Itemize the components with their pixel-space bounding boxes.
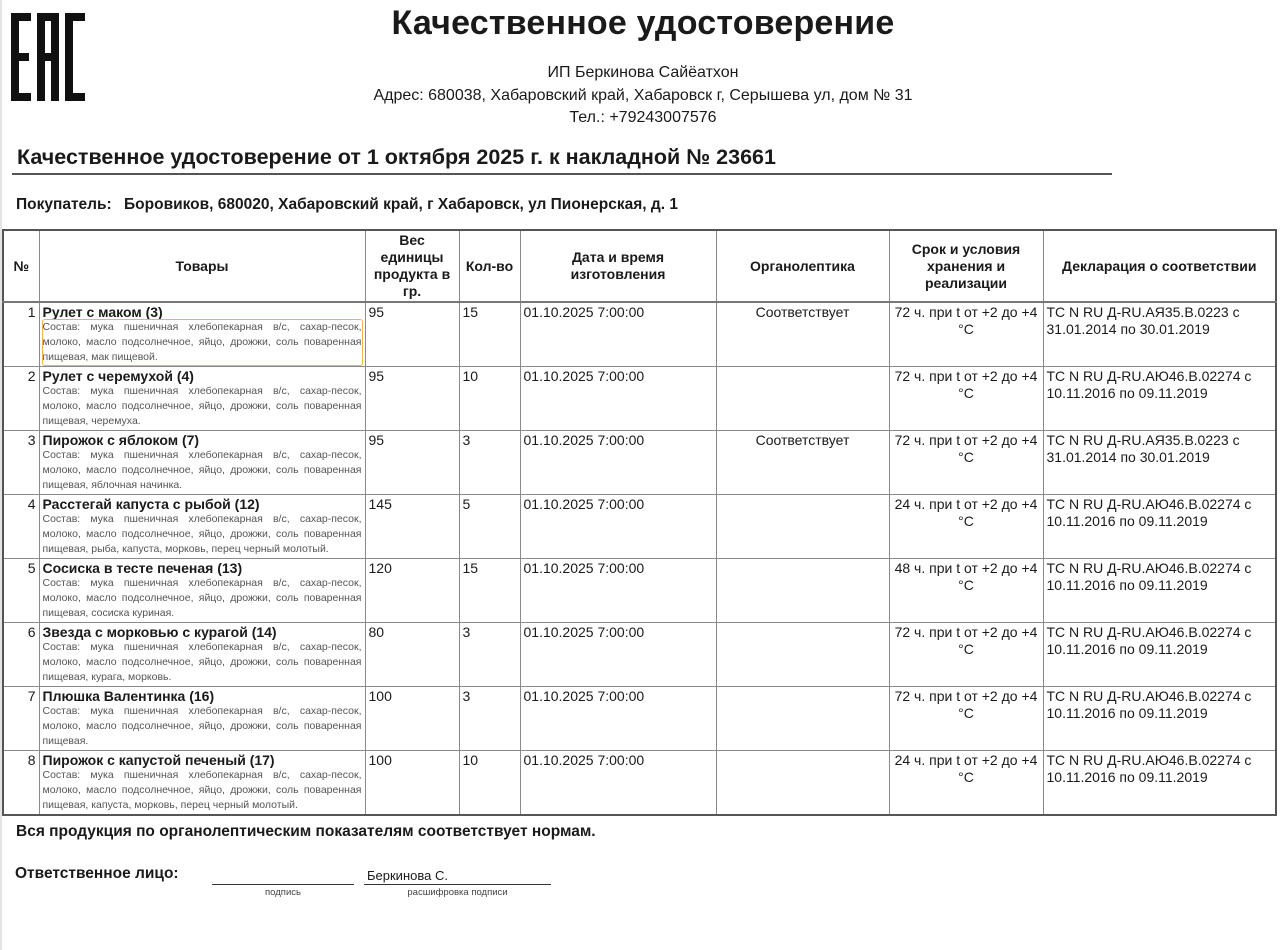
row-number: 6 (3, 623, 39, 687)
table-header-row: № Товары Вес единицы продукта в гр. Кол-… (3, 230, 1276, 302)
product-composition[interactable]: Состав: мука пшеничная хлебопекарная в/с… (43, 448, 362, 493)
qty-cell: 5 (459, 495, 520, 559)
storage-cell: 72 ч. при t от +2 до +4 °C (889, 367, 1043, 431)
qty-cell: 10 (459, 751, 520, 816)
storage-cell: 72 ч. при t от +2 до +4 °C (889, 431, 1043, 495)
declaration-cell: ТС N RU Д-RU.АЯ35.В.0223 с 31.01.2014 по… (1043, 431, 1276, 495)
issuer-phone: Тел.: +79243007576 (6, 107, 1280, 130)
weight-cell: 145 (365, 495, 459, 559)
page-title: Качественное удостоверение (0, 4, 1280, 43)
datetime-cell: 01.10.2025 7:00:00 (520, 687, 716, 751)
storage-cell: 72 ч. при t от +2 до +4 °C (889, 687, 1043, 751)
organoleptic-cell (716, 495, 889, 559)
product-name: Плюшка Валентинка (16) (43, 688, 362, 704)
product-name: Рулет с черемухой (4) (43, 368, 362, 384)
table-row[interactable]: 2 Рулет с черемухой (4) Состав: мука пше… (3, 367, 1276, 431)
storage-cell: 48 ч. при t от +2 до +4 °C (889, 559, 1043, 623)
issuer-block: ИП Беркинова Сайёатхон Адрес: 680038, Ха… (0, 62, 1280, 130)
buyer-label: Покупатель: (16, 196, 112, 213)
datetime-cell: 01.10.2025 7:00:00 (520, 302, 716, 367)
organoleptic-cell: Соответствует (716, 431, 889, 495)
goods-cell: Звезда с морковью с курагой (14) Состав:… (39, 623, 365, 687)
signature-decoding-line (364, 884, 551, 885)
qty-cell: 15 (459, 559, 520, 623)
qty-cell: 3 (459, 623, 520, 687)
decoding-caption: расшифровка подписи (364, 887, 551, 898)
row-number: 5 (3, 559, 39, 623)
weight-cell: 95 (365, 302, 459, 367)
datetime-cell: 01.10.2025 7:00:00 (520, 495, 716, 559)
product-composition[interactable]: Состав: мука пшеничная хлебопекарная в/с… (43, 640, 362, 685)
datetime-cell: 01.10.2025 7:00:00 (520, 751, 716, 816)
product-composition[interactable]: Состав: мука пшеничная хлебопекарная в/с… (43, 320, 362, 365)
product-composition[interactable]: Состав: мука пшеничная хлебопекарная в/с… (43, 704, 362, 749)
organoleptic-cell (716, 751, 889, 816)
weight-cell: 95 (365, 367, 459, 431)
col-header-declaration: Декларация о соответствии (1043, 230, 1276, 302)
goods-cell: Пирожок с яблоком (7) Состав: мука пшени… (39, 431, 365, 495)
table-row[interactable]: 6 Звезда с морковью с курагой (14) Соста… (3, 623, 1276, 687)
declaration-cell: ТС N RU Д-RU.АЮ46.В.02274 с 10.11.2016 п… (1043, 559, 1276, 623)
table-row[interactable]: 5 Сосиска в тесте печеная (13) Состав: м… (3, 559, 1276, 623)
organoleptic-cell (716, 687, 889, 751)
organoleptic-cell: Соответствует (716, 302, 889, 367)
goods-cell: Плюшка Валентинка (16) Состав: мука пшен… (39, 687, 365, 751)
document-title: Качественное удостоверение от 1 октября … (17, 145, 776, 170)
declaration-cell: ТС N RU Д-RU.АЮ46.В.02274 с 10.11.2016 п… (1043, 495, 1276, 559)
product-composition[interactable]: Состав: мука пшеничная хлебопекарная в/с… (43, 768, 362, 813)
weight-cell: 120 (365, 559, 459, 623)
table-row[interactable]: 8 Пирожок с капустой печеный (17) Состав… (3, 751, 1276, 816)
datetime-cell: 01.10.2025 7:00:00 (520, 367, 716, 431)
goods-cell: Сосиска в тесте печеная (13) Состав: мук… (39, 559, 365, 623)
declaration-cell: ТС N RU Д-RU.АЯ35.В.0223 с 31.01.2014 по… (1043, 302, 1276, 367)
title-divider (12, 173, 1112, 175)
declaration-cell: ТС N RU Д-RU.АЮ46.В.02274 с 10.11.2016 п… (1043, 751, 1276, 816)
goods-cell: Рулет с черемухой (4) Состав: мука пшени… (39, 367, 365, 431)
storage-cell: 24 ч. при t от +2 до +4 °C (889, 495, 1043, 559)
row-number: 7 (3, 687, 39, 751)
declaration-cell: ТС N RU Д-RU.АЮ46.В.02274 с 10.11.2016 п… (1043, 687, 1276, 751)
product-name: Расстегай капуста с рыбой (12) (43, 496, 362, 512)
weight-cell: 100 (365, 751, 459, 816)
product-name: Звезда с морковью с курагой (14) (43, 624, 362, 640)
product-name: Пирожок с яблоком (7) (43, 432, 362, 448)
goods-cell: Расстегай капуста с рыбой (12) Состав: м… (39, 495, 365, 559)
row-number: 8 (3, 751, 39, 816)
row-number: 3 (3, 431, 39, 495)
weight-cell: 80 (365, 623, 459, 687)
items-table: № Товары Вес единицы продукта в гр. Кол-… (2, 229, 1277, 816)
goods-cell: Пирожок с капустой печеный (17) Состав: … (39, 751, 365, 816)
issuer-name: ИП Беркинова Сайёатхон (6, 62, 1280, 85)
col-header-datetime: Дата и время изготовления (520, 230, 716, 302)
col-header-storage: Срок и условия хранения и реализации (889, 230, 1043, 302)
col-header-organoleptic: Органолептика (716, 230, 889, 302)
qty-cell: 3 (459, 431, 520, 495)
col-header-qty: Кол-во (459, 230, 520, 302)
table-row[interactable]: 4 Расстегай капуста с рыбой (12) Состав:… (3, 495, 1276, 559)
issuer-address: Адрес: 680038, Хабаровский край, Хабаров… (6, 85, 1280, 108)
signature-caption: подпись (212, 887, 354, 898)
organoleptic-cell (716, 623, 889, 687)
signature-name: Беркинова С. (367, 868, 448, 883)
conformity-statement: Вся продукция по органолептическим показ… (16, 823, 596, 841)
product-composition[interactable]: Состав: мука пшеничная хлебопекарная в/с… (43, 512, 362, 557)
row-number: 1 (3, 302, 39, 367)
col-header-num: № (3, 230, 39, 302)
col-header-weight: Вес единицы продукта в гр. (365, 230, 459, 302)
declaration-cell: ТС N RU Д-RU.АЮ46.В.02274 с 10.11.2016 п… (1043, 367, 1276, 431)
organoleptic-cell (716, 559, 889, 623)
storage-cell: 24 ч. при t от +2 до +4 °C (889, 751, 1043, 816)
datetime-cell: 01.10.2025 7:00:00 (520, 431, 716, 495)
qty-cell: 15 (459, 302, 520, 367)
buyer-line: Покупатель: Боровиков, 680020, Хабаровск… (16, 196, 678, 214)
product-composition[interactable]: Состав: мука пшеничная хлебопекарная в/с… (43, 576, 362, 621)
storage-cell: 72 ч. при t от +2 до +4 °C (889, 302, 1043, 367)
table-row[interactable]: 7 Плюшка Валентинка (16) Состав: мука пш… (3, 687, 1276, 751)
col-header-goods: Товары (39, 230, 365, 302)
row-number: 4 (3, 495, 39, 559)
table-row[interactable]: 3 Пирожок с яблоком (7) Состав: мука пше… (3, 431, 1276, 495)
goods-cell: Рулет с маком (3) Состав: мука пшеничная… (39, 302, 365, 367)
signature-line[interactable] (212, 884, 354, 885)
storage-cell: 72 ч. при t от +2 до +4 °C (889, 623, 1043, 687)
buyer-value: Боровиков, 680020, Хабаровский край, г Х… (124, 196, 678, 213)
responsible-label: Ответственное лицо: (15, 865, 179, 883)
datetime-cell: 01.10.2025 7:00:00 (520, 559, 716, 623)
product-name: Рулет с маком (3) (43, 304, 362, 320)
qty-cell: 3 (459, 687, 520, 751)
qty-cell: 10 (459, 367, 520, 431)
product-composition[interactable]: Состав: мука пшеничная хлебопекарная в/с… (43, 384, 362, 429)
declaration-cell: ТС N RU Д-RU.АЮ46.В.02274 с 10.11.2016 п… (1043, 623, 1276, 687)
organoleptic-cell (716, 367, 889, 431)
product-name: Сосиска в тесте печеная (13) (43, 560, 362, 576)
product-name: Пирожок с капустой печеный (17) (43, 752, 362, 768)
weight-cell: 100 (365, 687, 459, 751)
datetime-cell: 01.10.2025 7:00:00 (520, 623, 716, 687)
table-row[interactable]: 1 Рулет с маком (3) Состав: мука пшеничн… (3, 302, 1276, 367)
row-number: 2 (3, 367, 39, 431)
weight-cell: 95 (365, 431, 459, 495)
